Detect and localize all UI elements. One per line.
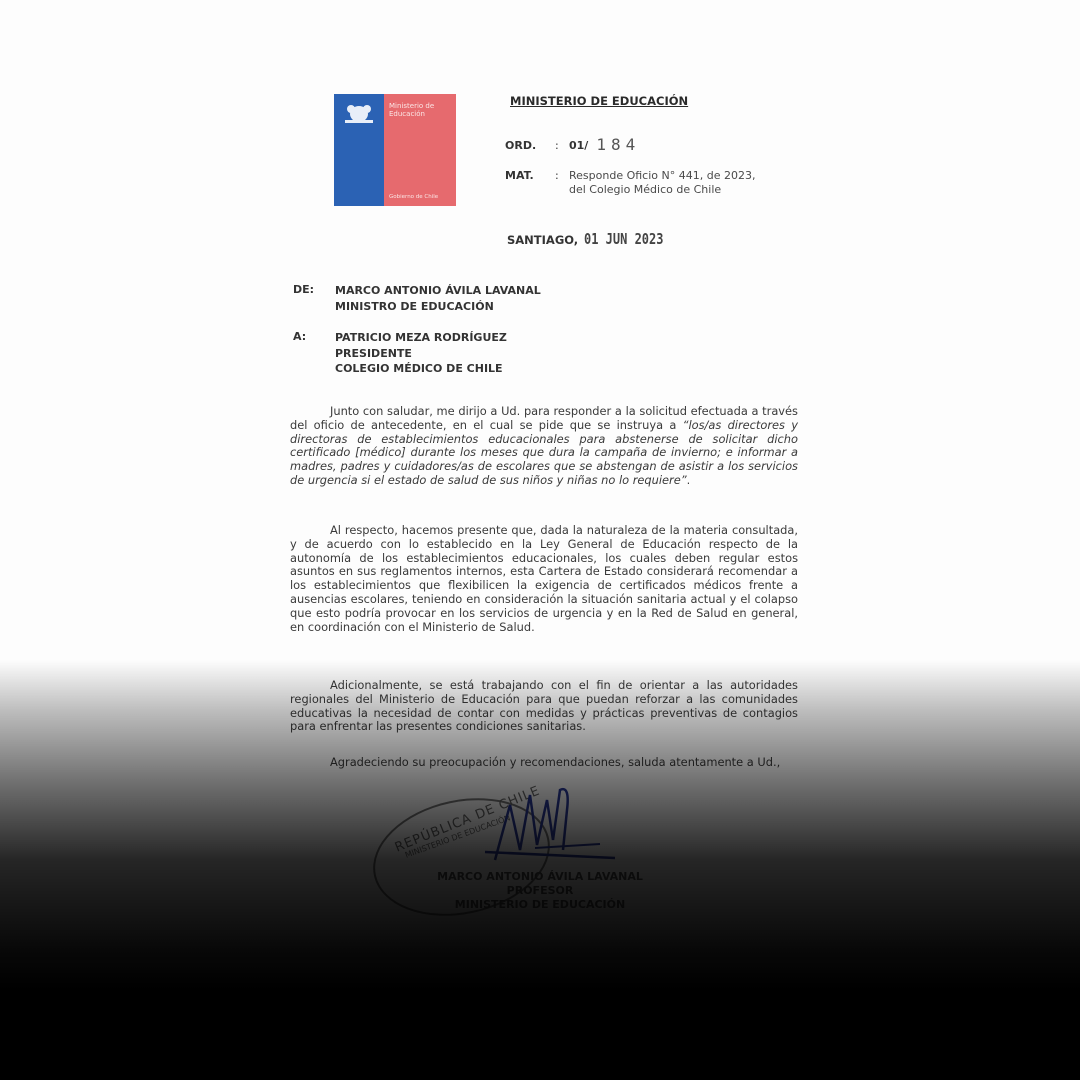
paragraph-4-text: Agradeciendo su preocupación y recomenda… [330, 755, 780, 769]
paragraph-3: Adicionalmente, se está trabajando con e… [290, 679, 798, 734]
sender-block: DE: MARCO ANTONIO ÁVILA LAVANAL MINISTRO… [293, 283, 541, 314]
paragraph-1: Junto con saludar, me dirijo a Ud. para … [290, 405, 798, 488]
paragraph-2: Al respecto, hacemos presente que, dada … [290, 524, 798, 634]
sender-name: MARCO ANTONIO ÁVILA LAVANAL [335, 283, 541, 299]
recipient-label: A: [293, 330, 335, 377]
ministry-logo: Ministerio de Educación Gobierno de Chil… [334, 94, 456, 206]
logo-ministry-text: Ministerio de Educación [389, 102, 456, 118]
logo-government-text: Gobierno de Chile [389, 194, 438, 200]
ord-colon: : [555, 139, 569, 154]
signer-org: MINISTERIO DE EDUCACIÓN [425, 898, 655, 912]
ord-number: 184 [596, 135, 640, 154]
place: SANTIAGO, [507, 233, 578, 247]
paragraph-3-text: Adicionalmente, se está trabajando con e… [290, 678, 798, 733]
mat-label: MAT. [505, 169, 555, 197]
logo-blue-panel [334, 94, 384, 206]
mat-line-2: del Colegio Médico de Chile [569, 183, 755, 197]
logo-red-panel: Ministerio de Educación Gobierno de Chil… [384, 94, 456, 206]
ord-prefix: 01/ [569, 139, 588, 154]
mat-line-1: Responde Oficio N° 441, de 2023, [569, 169, 755, 183]
place-date: SANTIAGO, 01 JUN 2023 [507, 230, 684, 248]
recipient-name: PATRICIO MEZA RODRÍGUEZ [335, 330, 507, 346]
recipient-block: A: PATRICIO MEZA RODRÍGUEZ PRESIDENTE CO… [293, 330, 507, 377]
handwritten-signature [475, 780, 625, 870]
signer-title: PROFESOR [425, 884, 655, 898]
signer-name: MARCO ANTONIO ÁVILA LAVANAL [425, 870, 655, 884]
paragraph-2-text: Al respecto, hacemos presente que, dada … [290, 523, 798, 634]
mat-value: Responde Oficio N° 441, de 2023, del Col… [569, 169, 755, 197]
coat-of-arms-icon [342, 100, 376, 126]
date-stamp: 01 JUN 2023 [584, 230, 663, 248]
document-page: Ministerio de Educación Gobierno de Chil… [0, 0, 1080, 1080]
signature-block: MARCO ANTONIO ÁVILA LAVANAL PROFESOR MIN… [425, 870, 655, 912]
mat-colon: : [555, 169, 569, 197]
ord-label: ORD. [505, 139, 555, 154]
ord-row: ORD. : 01/ 184 [505, 139, 640, 154]
paragraph-4: Agradeciendo su preocupación y recomenda… [290, 756, 798, 770]
document-header-title: MINISTERIO DE EDUCACIÓN [510, 94, 688, 108]
recipient-org: COLEGIO MÉDICO DE CHILE [335, 361, 507, 377]
mat-row: MAT. : Responde Oficio N° 441, de 2023, … [505, 169, 755, 197]
sender-role: MINISTRO DE EDUCACIÓN [335, 299, 541, 315]
sender-label: DE: [293, 283, 335, 314]
recipient-role: PRESIDENTE [335, 346, 507, 362]
paragraph-1-end: . [687, 473, 691, 487]
